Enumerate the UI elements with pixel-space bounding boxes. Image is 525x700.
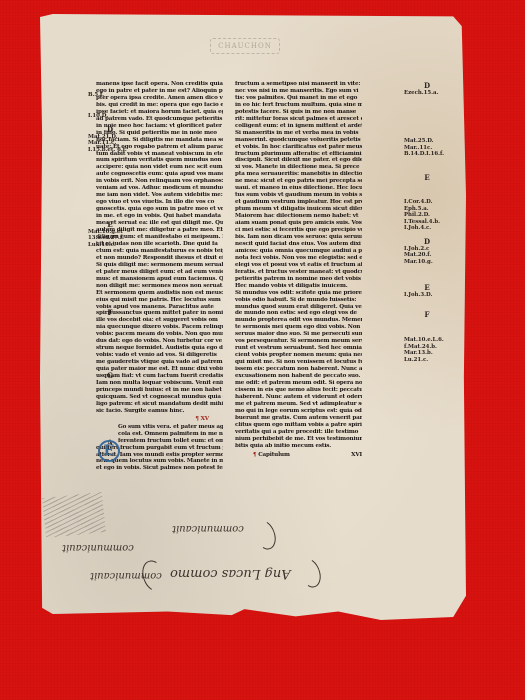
text-line: nescit quid faciat dns eius. Vos autem d… [235, 241, 362, 248]
margin-note: F [404, 312, 450, 319]
text-line: cit ei iudas non ille scarioth. Dne quid… [96, 241, 223, 248]
reference-text: Mat.10.e.L.6. [404, 337, 450, 344]
text-line: et non mundo? Respondit ihesus et dixit … [96, 255, 223, 262]
text-line: et pater meus diliget eum: et ad eum ven… [96, 269, 223, 276]
text-line: clitus quem ego mittam vobis a patre spi… [235, 422, 362, 429]
reference-text: Phil.2.D. [404, 212, 450, 219]
text-line: vobis odio habuit. Si de mundo fuissetis… [235, 297, 362, 304]
text-line: ille vos docebit oia: et suggeret vobis … [96, 317, 223, 324]
handwriting-line-1: communicauit [172, 523, 244, 534]
chapter-number: XV [201, 416, 209, 422]
text-line: in me. et ego in vobis. Qui habet mandat… [96, 213, 223, 220]
reference-text: f.Mat.24.b. [404, 344, 450, 351]
text-line: Si manseritis in me et verba mea in vobi… [235, 130, 362, 137]
margin-note: EI.Joh.3.D. [404, 285, 450, 298]
reference-text: I.Cor.4.D. [404, 199, 450, 206]
text-line: petieritis patrem in nomine meo det vobi… [235, 276, 362, 283]
text-line: tus sum vobis vt gaudium meum in vobis s… [235, 192, 362, 199]
text-line: eius qui misit me patris. Hec locutus su… [96, 297, 223, 304]
handwriting-line-2: communicauit [62, 542, 134, 553]
text-line: aiam suam ponat quis pro amicis suis. Vo… [235, 220, 362, 227]
text-line: seruus maior dno suo. Si me persecuti su… [235, 331, 362, 338]
text-line: vobis: vado et venio ad vos. Si diligere… [96, 352, 223, 359]
text-line: uaui. et maneo in eius dilectione. Hec l… [235, 185, 362, 192]
text-line: buerunt me gratis. Cum autem venerit par… [235, 415, 362, 422]
reference-text: Mat.20.f. [404, 252, 450, 259]
reference-text: Mar.13.b. [404, 350, 450, 357]
text-line: colligent eum: et in ignem mittent et ar… [235, 123, 362, 130]
handwriting-line-3: Ang Lucas commo [170, 566, 291, 581]
text-line: nium perhibebit de me. Et vos testimoniu… [235, 436, 362, 443]
text-line: bis. Iam non dicam vos seruos: quia seru… [235, 234, 362, 241]
text-line: tum dabit vobis vt maneat vobiscum in et… [96, 151, 223, 158]
text-line: ptum meum vt diligatis inuicem sicut dil… [235, 206, 362, 213]
text-line: uate: Et ego rogabo patrem et alium para… [96, 144, 223, 151]
text-line: bitis quia ab initio mecum estis. [235, 443, 362, 450]
reference-text: Lu.21.c. [404, 357, 450, 364]
text-line: ego viuo et vos viuetis. In illo die vos… [96, 199, 223, 206]
text-line: et gaudium vestrum impleatur. Hoc est pr… [235, 199, 362, 206]
text-line: diligam eum: et manifestabo ei meipsum. … [96, 234, 223, 241]
text-line: mo qui in lege eorum scriptus est: quia … [235, 408, 362, 415]
text-line: mus: et mansionem apud eum faciemus. Qui [96, 276, 223, 283]
text-line: amicos: quia omnia quecumque audiui a pa… [235, 248, 362, 255]
reference-text: I.Joh.3.D. [404, 292, 450, 299]
reference-text: I.Tessal.4.b. [404, 219, 450, 226]
text-line: elegi vos et posui vos vt eatis et fruct… [235, 262, 362, 269]
text-line: pter opera ipsa credite. Amen amen dico … [96, 95, 223, 102]
margin-note: DEzech.15.a. [404, 83, 450, 96]
text-line: Go sum vitis vera. et pater meus agri [96, 424, 223, 431]
text-line: nec vos nisi in me manseritis. Ego sum v… [235, 88, 362, 95]
text-line: Et sermonem quem audistis non est meus: … [96, 290, 223, 297]
reference-text: Mar.10.g. [404, 259, 450, 266]
text-line: vos persequentur. Si sermonem meum serua… [235, 338, 362, 345]
pencil-scribble [42, 492, 106, 538]
margin-note: Mat.25.D.Mar..11c.B.14.D.I.16.f. [404, 138, 450, 158]
text-line: xi vos. Manete in dilectione mea. Si pre… [235, 164, 362, 171]
text-line: me odit: et patrem meum odit. Si opera n… [235, 380, 362, 387]
text-line: sic facio. Surgite eamus hinc. [96, 408, 223, 415]
column-left-lines: manens ipse facit opera. Non creditis qu… [96, 81, 223, 415]
text-line: cient vobis propter nomen meum: quia nes… [235, 352, 362, 359]
reference-text: I.Joh.2.c [404, 246, 450, 253]
text-line: princeps mundi huius: et in me non habet [96, 387, 223, 394]
text-line: me iam non videt. Vos autem videbitis me… [96, 192, 223, 199]
section-letter: E [404, 285, 450, 292]
text-line: qui misit me. Si non venissem et locutus… [235, 359, 362, 366]
text-line: aute cognoscetis eum: quia apud vos mane… [96, 171, 223, 178]
text-line: fructum a semetipso nisi manserit in vit… [235, 81, 362, 88]
text-line: quia pater maior me est. Et nunc dixi vo… [96, 366, 223, 373]
text-line: nia quecunque dixero vobis. Pacem relinq… [96, 324, 223, 331]
text-line: accipere: quia non videt eum nec scit eu… [96, 164, 223, 171]
text-line: de mundo non estis: sed ego elegi vos de [235, 310, 362, 317]
text-column-right: fructum a semetipso nisi manserit in vit… [235, 81, 362, 458]
text-line: veritatis qui a patre procedit: ille tes… [235, 429, 362, 436]
text-line: ego in patre et pater in me est? Alioqui… [96, 88, 223, 95]
text-line: nota feci vobis. Non vos me elegistis: s… [235, 255, 362, 262]
margin-note: E [404, 175, 450, 182]
section-letter: F [404, 312, 450, 319]
text-line: runt et vestrum seruabunt. Sed hec omnia… [235, 345, 362, 352]
text-line: manens ipse facit opera. Non creditis qu… [96, 81, 223, 88]
text-line: tis: vos palmites. Qui manet in me et eg… [235, 95, 362, 102]
chapter-xvi-heading: ¶ Capitulum XVI [235, 452, 362, 459]
text-line: ipse faciet: et maiora horum faciet. qui… [96, 109, 223, 116]
illuminated-initial-e: E [98, 440, 120, 462]
text-line: haberent. Nunc autem et viderunt et oder… [235, 394, 362, 401]
reference-text: Mat.25.D. [404, 138, 450, 145]
text-line: Hec mando vobis vt diligatis inuicem. [235, 283, 362, 290]
reference-text: B.14.D.I.16.f. [404, 151, 450, 158]
text-line: mea et seruat ea: ille est qui diligit m… [96, 220, 223, 227]
text-line: bis. qui credit in me: opera que ego fac… [96, 102, 223, 109]
text-line: ci mei estis: si feceritis que ego preci… [235, 227, 362, 234]
text-line: non diligit me: sermones meos non seruat… [96, 283, 223, 290]
text-line: excusationem non habent de peccato suo. … [235, 373, 362, 380]
text-line: ligo patrem: et sicut mandatum dedit mih… [96, 401, 223, 408]
text-line: mundo propterea odit vos mundus. Memento [235, 317, 362, 324]
chapter-label: Capitulum [258, 452, 290, 458]
text-line: strum neque formidet. Audistis quia ego … [96, 345, 223, 352]
text-line: et vobis. In hoc clarificatus est pater … [235, 144, 362, 151]
text-line: feratis. et fructus vester maneat: vt qu… [235, 269, 362, 276]
text-line: fructum plurimum afferatis: et efficiami… [235, 151, 362, 158]
text-line: et ego in vobis. Sicut palmes non potest… [96, 465, 223, 472]
text-line: Maiorem hac dilectionem nemo habet: vt [235, 213, 362, 220]
text-line: Iam non multa loquar vobiscum. Venit eni… [96, 380, 223, 387]
margin-note: I.Cor.4.D.Eph.5.a.Phil.2.D.I.Tessal.4.b.… [404, 199, 450, 232]
text-line: me et patrem meum. Sed vt adimpleatur se… [235, 401, 362, 408]
text-line: num spiritum veritatis quem mundus non p… [96, 157, 223, 164]
section-letter: D [404, 83, 450, 90]
chapter-number: XVI [351, 452, 362, 459]
text-line: me gauderetis vtique quia vado ad patrem… [96, 359, 223, 366]
column-right-lines: fructum a semetipso nisi manserit in vit… [235, 81, 362, 450]
text-line: veniam ad vos. Adhuc modicum et mundus [96, 185, 223, 192]
faint-stamp: CHAUCHON [210, 38, 280, 54]
text-line: usquam fiat: vt cum factum fuerit credat… [96, 373, 223, 380]
text-line: in eo hic fert fructum multum. quia sine… [235, 102, 362, 109]
text-line: gnoscetis. quia ego sum in patre meo et … [96, 206, 223, 213]
text-line: ne mea: sicut et ego patris mei precepta… [235, 178, 362, 185]
text-line: quicquam. Sed vt cognoscat mundus quia d… [96, 394, 223, 401]
text-line: ctum est: quia manifestaturus es nobis t… [96, 248, 223, 255]
text-line: potestis facere. Si quis in me non manse [235, 109, 362, 116]
chapter-xv-heading: ¶ XV [96, 416, 223, 423]
text-line: mundus quod suum erat diligeret. Quia ve… [235, 304, 362, 311]
text-line: in noie meo hoc faciam: vt glorificet pa… [96, 123, 223, 130]
text-line: rit: mittetur foras sicut palmes et ares… [235, 116, 362, 123]
text-line: Si mundus vos odit: scitote quia me prio… [235, 290, 362, 297]
section-letter: E [404, 175, 450, 182]
text-line: vobis apud vos manens. Paraclitus aute [96, 304, 223, 311]
text-line: spiritussanctus quem mittet pater in nom… [96, 310, 223, 317]
text-line: discipuli. Sicut dilexit me pater. et eg… [235, 157, 362, 164]
reference-text: Mar..11c. [404, 145, 450, 152]
section-letter: D [404, 239, 450, 246]
text-line: manserint. quodcumque volueritis petetis… [235, 137, 362, 144]
text-line: cola est. Omnem palmitem in me non [96, 431, 223, 438]
margin-note: Mat.10.e.L.6.f.Mat.24.b.Mar.13.b.Lu.21.c… [404, 337, 450, 363]
text-line: vobis: pacem meam do vobis. Non quo mun [96, 331, 223, 338]
text-line: autem diligit me: diligetur a patre meo.… [96, 227, 223, 234]
reference-text: Ezech.15.a. [404, 90, 450, 97]
text-line: hoc faciam. Si diligitis me mandata mea … [96, 137, 223, 144]
text-line: cissem in eis que nemo alius fecit: pecc… [235, 387, 362, 394]
text-line: dus dat: ego do vobis. Non turbetur cor … [96, 338, 223, 345]
text-line: in filio. Si quid petieritis me in noie … [96, 130, 223, 137]
text-line: Si quis diligit me: sermonem meum seruab… [96, 262, 223, 269]
text-column-left: manens ipse facit opera. Non creditis qu… [96, 81, 223, 472]
text-line: te sermonis mei quem ego dixi vobis. Non [235, 324, 362, 331]
reference-text: Eph.5.a. [404, 206, 450, 213]
reference-text: I.Joh.4.c. [404, 225, 450, 232]
text-line: in vobis erit. Non relinquam vos orphano… [96, 178, 223, 185]
text-line: issem eis: peccatum non haberent. Nunc a… [235, 366, 362, 373]
text-line: ad patrem vado. Et quodcumque petieritis… [96, 116, 223, 123]
margin-note: DI.Joh.2.cMat.20.f.Mar.10.g. [404, 239, 450, 265]
text-line: pta mea seruaueritis: manebitis in dilec… [235, 171, 362, 178]
